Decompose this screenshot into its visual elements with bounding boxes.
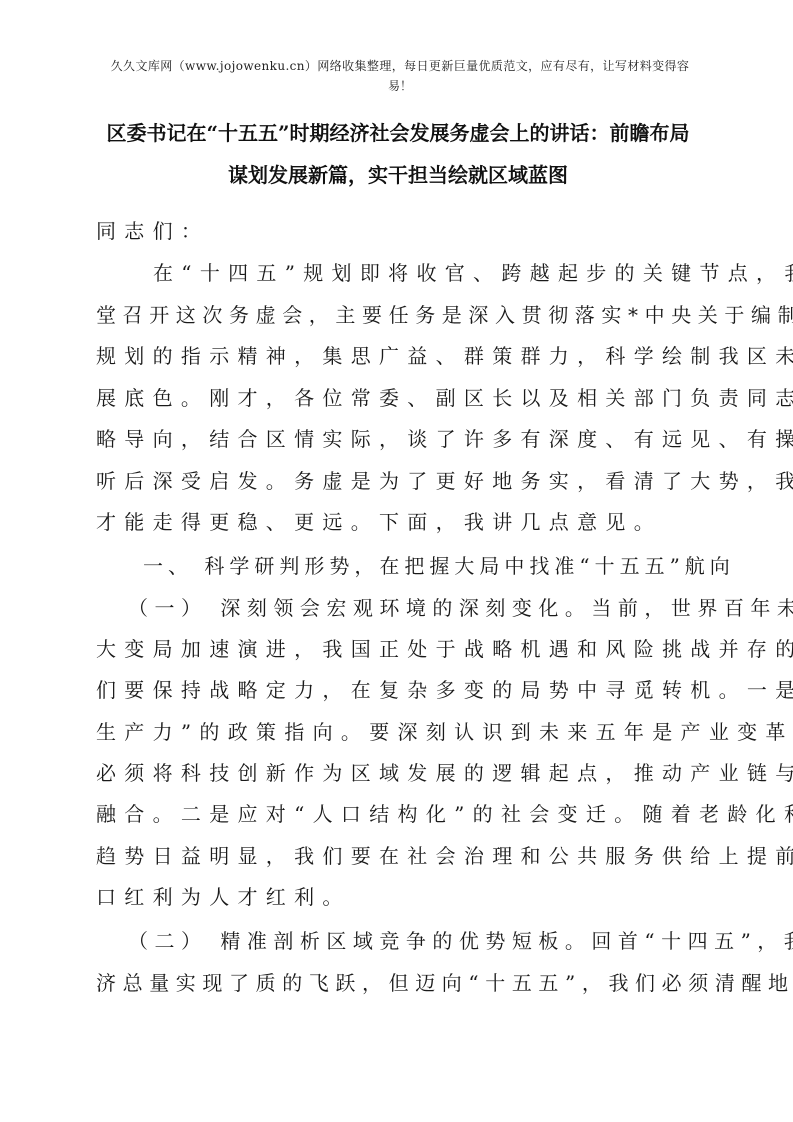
paragraph-line: 济总量实现了质的飞跃，但迈向“十五五”，我们必须清醒地看到自身	[96, 969, 793, 997]
paragraph-line: 才能走得更稳、更远。下面，我讲几点意见。	[96, 508, 662, 536]
paragraph-line: 必须将科技创新作为区域发展的逻辑起点，推动产业链与创新链深度	[96, 759, 793, 787]
paragraph-line: 趋势日益明显，我们要在社会治理和公共服务供给上提前布局，变人	[96, 842, 793, 870]
paragraph-line: 听后深受启发。务虚是为了更好地务实，看清了大势，我们脚下的路	[96, 467, 793, 495]
paragraph-line: 展底色。刚才，各位常委、副区长以及相关部门负责同志紧扣国家战	[96, 384, 793, 412]
paragraph-line: 在“十四五”规划即将收官、跨越起步的关键节点，我们齐聚一	[153, 259, 793, 287]
section-heading-1: 一、 科学研判形势，在把握大局中找准“十五五”航向	[143, 552, 735, 580]
document-page: 久久文库网（www.jojowenku.cn）网络收集整理，每日更新巨量优质范文…	[0, 0, 793, 1122]
salutation: 同志们：	[96, 217, 209, 245]
paragraph-line: 堂召开这次务虚会，主要任务是深入贯彻落实*中央关于编制“十五五”	[96, 301, 793, 329]
paragraph-line: （二） 精准剖析区域竞争的优势短板。回首“十四五”，我区经	[128, 927, 793, 955]
paragraph-line: 融合。二是应对“人口结构化”的社会变迁。随着老龄化和少子化的	[96, 800, 793, 828]
paragraph-line: 大变局加速演进，我国正处于战略机遇和风险挑战并存的关键期，我	[96, 635, 793, 663]
paragraph-line: 略导向，结合区情实际，谈了许多有深度、有远见、有操作性的建议，	[96, 425, 793, 453]
document-title-line-2: 谋划发展新篇，实干担当绘就区域蓝图	[90, 159, 706, 188]
header-line-1: 久久文库网（www.jojowenku.cn）网络收集整理，每日更新巨量优质范文…	[90, 56, 710, 76]
header-line-2: 易！	[90, 76, 710, 96]
paragraph-line: 口红利为人才红利。	[96, 883, 351, 911]
document-title-line-1: 区委书记在“十五五”时期经济社会发展务虚会上的讲话：前瞻布局	[90, 117, 706, 146]
paragraph-line: （一） 深刻领会宏观环境的深刻变化。当前，世界百年未有之	[128, 594, 793, 622]
paragraph-line: 规划的指示精神，集思广益、群策群力，科学绘制我区未来五年的发	[96, 342, 793, 370]
paragraph-line: 们要保持战略定力，在复杂多变的局势中寻觅转机。一是紧跟“新质	[96, 676, 793, 704]
paragraph-line: 生产力”的政策指向。要深刻认识到未来五年是产业变革的质变期，	[96, 718, 793, 746]
